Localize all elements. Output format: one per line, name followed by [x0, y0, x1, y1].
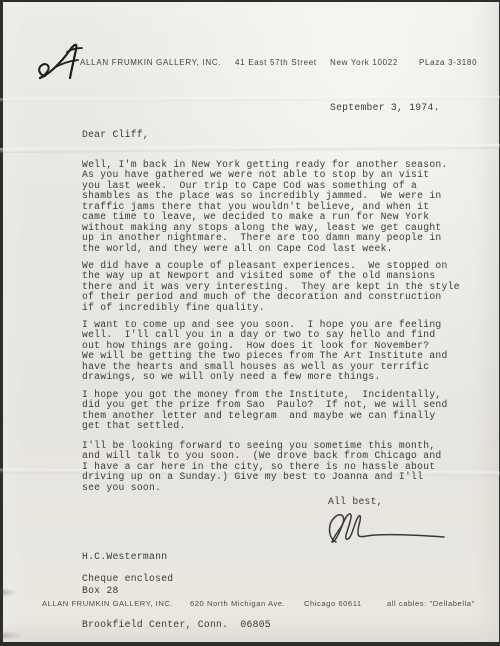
footer-street: 620 North Michigan Ave.	[190, 599, 285, 608]
paragraph-2: We did have a couple of pleasant experie…	[82, 261, 476, 313]
signature-scribble-icon	[324, 506, 458, 553]
scanned-letter-photo: ALLAN FRUMKIN GALLERY, INC. 41 East 57th…	[0, 0, 500, 646]
paragraph-4: I hope you got the money from the Instit…	[82, 390, 476, 432]
letter-date: September 3, 1974.	[330, 103, 440, 113]
letterhead-street: 41 East 57th Street	[235, 58, 317, 67]
recipient-city: Brookfield Center, Conn. 06805	[82, 619, 271, 630]
letterhead-phone: PLaza 3-3180	[419, 58, 477, 67]
enclosure-note: Cheque enclosed	[82, 574, 173, 584]
letterhead-gallery-name: ALLAN FRUMKIN GALLERY, INC.	[80, 58, 221, 67]
af-monogram-icon	[36, 42, 84, 87]
paragraph-1: Well, I'm back in New York getting ready…	[82, 160, 476, 254]
footer-gallery-name: ALLAN FRUMKIN GALLERY, INC.	[42, 599, 173, 608]
paragraph-3: I want to come up and see you soon. I ho…	[82, 320, 476, 383]
paragraph-5: I'll be looking forward to seeing you so…	[82, 441, 476, 493]
footer-cables: all cables: "Dellabella"	[387, 599, 475, 608]
salutation: Dear Cliff,	[82, 130, 149, 140]
recipient-box: Box 28	[82, 585, 271, 596]
recipient-name: H.C.Westermann	[82, 551, 271, 562]
recipient-address: H.C.Westermann Box 28 Brookfield Center,…	[82, 529, 271, 646]
footer-city: Chicago 60611	[304, 599, 362, 608]
letterhead-city: New York 10022	[330, 58, 398, 67]
